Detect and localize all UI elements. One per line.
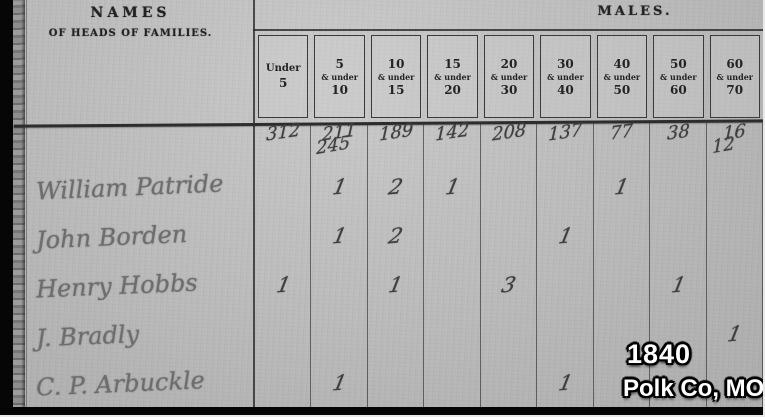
entry-cell (650, 212, 706, 261)
entry-cell (707, 261, 763, 310)
age-column-header: 30& under40 (540, 35, 590, 118)
age-column-header: 60& under70 (710, 35, 760, 118)
tally-value: 1 (443, 175, 461, 200)
tally-value: 2 (387, 224, 405, 249)
total-main-value: 77 (610, 120, 633, 144)
total-main-value: 142 (435, 119, 470, 145)
tally-value: 1 (669, 272, 687, 297)
total-main-value: 208 (492, 119, 527, 145)
names-title: NAMES (26, 5, 235, 21)
total-cell: 38 (650, 121, 706, 165)
tally-value: 1 (330, 175, 348, 200)
entry-cells: 1211 (255, 163, 763, 212)
total-cell: 142 (424, 121, 480, 165)
entry-cell (424, 309, 480, 358)
page-binding-texture (13, 0, 25, 417)
tally-value: 1 (613, 175, 631, 200)
total-main-value: 137 (548, 119, 583, 145)
entry-cell: 1 (650, 261, 706, 310)
entry-cell: 1 (537, 358, 593, 407)
entry-cell (481, 309, 537, 358)
age-column-top-label: 5 (335, 57, 343, 71)
males-header-underline (253, 29, 765, 31)
entry-cell (424, 358, 480, 407)
entry-cell (368, 309, 424, 358)
age-column-bottom-label: 10 (331, 83, 348, 97)
age-column-bottom-label: 40 (557, 83, 574, 97)
age-column-top-label: 60 (726, 57, 743, 71)
age-column-mid-label: & under (321, 72, 358, 82)
tally-value: 1 (330, 224, 348, 249)
total-sub-value: 12 (712, 133, 735, 158)
tally-value: 1 (330, 370, 348, 395)
age-column-header: 40& under50 (597, 35, 647, 118)
totals-row: 31221124518914220813777381612 (255, 121, 763, 165)
age-column-header: 20& under30 (484, 35, 534, 118)
entry-cell: 2 (368, 163, 424, 212)
age-column-bottom-label: 20 (444, 83, 461, 97)
total-main-value: 38 (667, 120, 690, 144)
tally-value: 1 (556, 370, 574, 395)
age-column-top-label: 20 (501, 57, 518, 71)
names-column-header: NAMES OF HEADS OF FAMILIES. (26, 5, 253, 39)
entry-cell (707, 212, 763, 261)
tally-value: 1 (556, 224, 574, 249)
entry-cell: 3 (481, 261, 537, 310)
entry-cell: 1 (594, 163, 650, 212)
caption-year: 1840 (623, 341, 765, 368)
males-section-header: MALES. (560, 4, 710, 19)
total-cell: 189 (368, 121, 424, 165)
age-column-mid-label: & under (604, 72, 641, 82)
age-column-top-label: 30 (557, 57, 574, 71)
entry-cell (255, 358, 311, 407)
entry-cell (424, 261, 480, 310)
tally-value: 3 (500, 272, 518, 297)
total-cell: 77 (594, 121, 650, 165)
age-column-mid-label: & under (491, 72, 528, 82)
entry-cell (255, 212, 311, 261)
entry-cell (255, 309, 311, 358)
entry-cell (311, 309, 367, 358)
entry-cell (368, 358, 424, 407)
caption-overlay: 1840 Polk Co, MO (623, 341, 765, 401)
age-columns-row: Under55& under1010& under1515& under2020… (255, 33, 763, 120)
table-row: William Patride1211 (26, 163, 763, 212)
entry-cell (481, 163, 537, 212)
age-column-top-label: 10 (388, 57, 405, 71)
entry-cell (255, 163, 311, 212)
entry-cell (481, 358, 537, 407)
age-column-top-label: Under (266, 63, 301, 74)
entry-cell: 1 (368, 261, 424, 310)
age-column-bottom-label: 30 (501, 83, 518, 97)
age-column-header: 50& under60 (653, 35, 703, 118)
age-column-mid-label: & under (716, 72, 753, 82)
entry-cell (650, 163, 706, 212)
age-column-header: Under5 (258, 35, 308, 118)
total-main-value: 189 (379, 119, 414, 145)
bottom-frame-border (0, 407, 763, 417)
entry-cell (594, 212, 650, 261)
age-column-top-label: 50 (670, 57, 687, 71)
head-of-family-name: William Patride (25, 168, 255, 206)
entry-cell: 1 (255, 261, 311, 310)
total-cell: 211245 (311, 121, 367, 165)
entry-cell (424, 212, 480, 261)
entry-cell (537, 163, 593, 212)
age-column-bottom-label: 70 (726, 83, 743, 97)
head-of-family-name: C. P. Arbuckle (25, 364, 255, 402)
entry-cells: 1131 (255, 261, 763, 310)
total-main-value: 312 (266, 119, 301, 145)
tally-value: 2 (387, 175, 405, 200)
age-column-mid-label: & under (378, 72, 415, 82)
entry-cell (537, 261, 593, 310)
head-of-family-name: J. Bradly (25, 315, 255, 353)
entry-cells: 121 (255, 212, 763, 261)
names-subtitle: OF HEADS OF FAMILIES. (26, 28, 235, 39)
table-row: Henry Hobbs1131 (26, 261, 763, 310)
age-column-header: 5& under10 (314, 35, 364, 118)
age-column-mid-label: & under (660, 72, 697, 82)
entry-cell: 1 (311, 358, 367, 407)
tally-value: 1 (387, 272, 405, 297)
microfilm-edge (0, 0, 13, 417)
entry-cell (481, 212, 537, 261)
entry-cell: 1 (311, 163, 367, 212)
age-column-header: 15& under20 (427, 35, 477, 118)
caption-location: Polk Co, MO (623, 377, 765, 401)
table-row: John Borden121 (26, 212, 763, 261)
total-cell: 208 (481, 121, 537, 165)
age-column-bottom-label: 5 (279, 76, 287, 90)
census-scan-page: NAMES OF HEADS OF FAMILIES. MALES. Under… (0, 0, 765, 417)
head-of-family-name: John Borden (25, 217, 255, 255)
entry-cell (707, 163, 763, 212)
total-cell: 1612 (707, 121, 763, 165)
entry-cell (594, 261, 650, 310)
age-column-top-label: 15 (444, 57, 461, 71)
age-column-top-label: 40 (614, 57, 631, 71)
age-column-header: 10& under15 (371, 35, 421, 118)
age-column-bottom-label: 50 (614, 83, 631, 97)
entry-cell (311, 261, 367, 310)
entry-cell: 2 (368, 212, 424, 261)
total-cell: 312 (255, 121, 311, 165)
total-cell: 137 (537, 121, 593, 165)
entry-cell: 1 (311, 212, 367, 261)
age-column-bottom-label: 60 (670, 83, 687, 97)
age-column-bottom-label: 15 (388, 83, 405, 97)
age-column-mid-label: & under (547, 72, 584, 82)
head-of-family-name: Henry Hobbs (25, 266, 255, 304)
tally-value: 1 (274, 272, 292, 297)
total-sub-value: 245 (317, 132, 351, 159)
entry-cell (537, 309, 593, 358)
entry-cell: 1 (537, 212, 593, 261)
age-column-mid-label: & under (434, 72, 471, 82)
entry-cell: 1 (424, 163, 480, 212)
